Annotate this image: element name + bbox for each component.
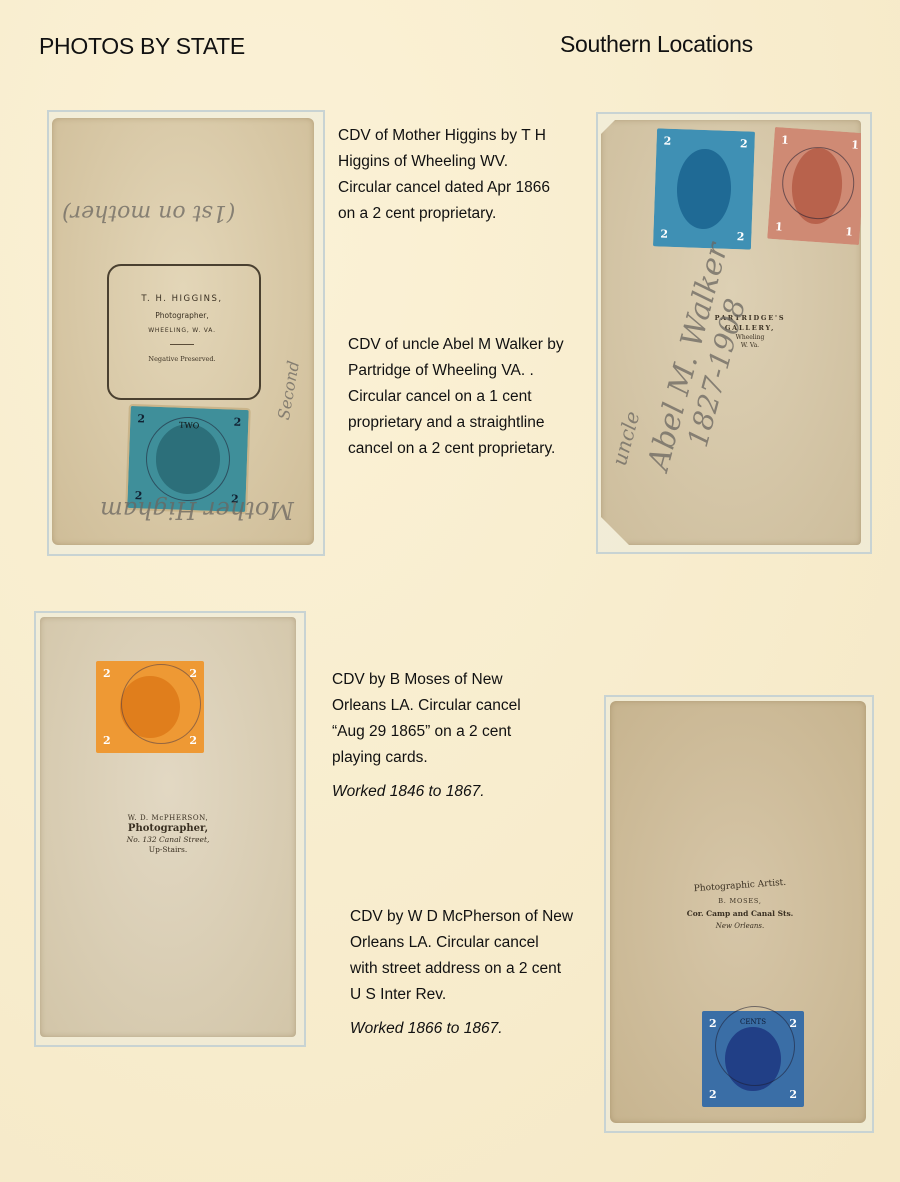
circular-cancel [121, 664, 201, 744]
revenue-stamp-1-cent: 1 1 1 1 [767, 127, 861, 245]
description-higgins: CDV of Mother Higgins by T H Higgins of … [338, 123, 550, 227]
revenue-stamp-2-cent-blue: 2 2 2 2 CENTS [702, 1011, 804, 1107]
circular-cancel [715, 1006, 795, 1086]
description-moses: CDV by B Moses of New Orleans LA. Circul… [332, 667, 521, 805]
handwriting-note: uncle [607, 409, 644, 469]
description-mcpherson: CDV by W D McPherson of New Orleans LA. … [350, 904, 573, 1042]
page-title: PHOTOS BY STATE [39, 33, 245, 60]
photographer-imprint: W. D. McPHERSON, Photographer, No. 132 C… [78, 814, 258, 854]
handwriting-note: (1st on mother) [62, 200, 235, 225]
cdv-card-moses: Photographic Artist. B. MOSES, Cor. Camp… [610, 701, 866, 1123]
cdv-card-mcpherson: 2 2 2 2 W. D. McPHERSON, Photographer, N… [40, 617, 296, 1037]
section-title: Southern Locations [560, 31, 753, 58]
cdv-card-walker: 2 2 2 2 1 1 1 1 PARTRIDGE'S GALLERY, Whe… [601, 120, 861, 545]
description-walker: CDV of uncle Abel M Walker by Partridge … [348, 332, 564, 462]
revenue-stamp-2-cent-orange: 2 2 2 2 [96, 661, 204, 753]
photographer-imprint: T. H. HIGGINS, Photographer, WHEELING, W… [107, 294, 257, 363]
handwriting-note: Second [274, 359, 303, 421]
photographer-imprint: Photographic Artist. B. MOSES, Cor. Camp… [650, 881, 830, 930]
handwriting-note: Mother Higham [100, 496, 294, 524]
circular-cancel [145, 416, 232, 503]
cdv-card-higgins: (1st on mother) T. H. HIGGINS, Photograp… [52, 118, 314, 545]
revenue-stamp-2-cent: 2 2 2 2 [653, 128, 755, 249]
circular-cancel [780, 145, 857, 222]
